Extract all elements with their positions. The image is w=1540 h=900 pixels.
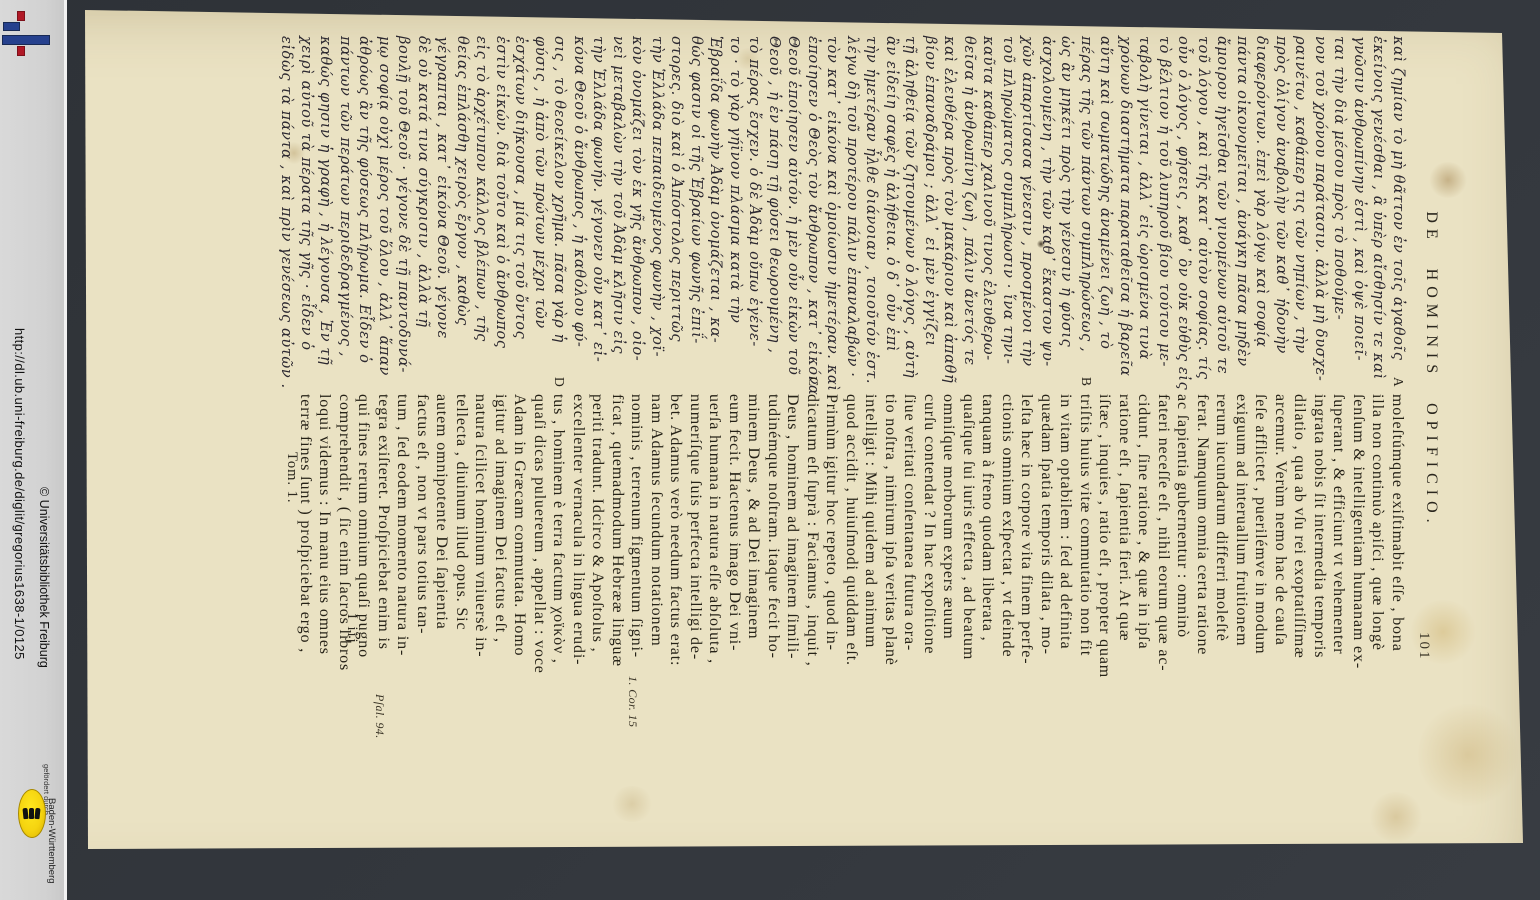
- greek-line: τοῦ πληρώματος συμπλήρωσιν · ἵνα τηνι-: [998, 36, 1018, 390]
- greek-line: πρὸς ὀλίγον ἀναβολὴν τῶν καθ᾽ ἡδονὴν: [1271, 36, 1291, 390]
- greek-line: Θεοῦ , ἡ ἐν πάσῃ τῇ φύσει θεωρουμένη ,: [764, 36, 784, 390]
- greek-line: γέγραπται , κατ᾽ εἰκόνα Θεοῦ. γέγονε: [432, 36, 452, 390]
- latin-line: quaſique ſui iuris effecta , ad beatum: [959, 394, 979, 750]
- latin-line: ingrata nobis ſit intermedia temporis: [1310, 394, 1330, 750]
- latin-line: tanquam à freno quodam liberata ,: [978, 394, 998, 750]
- greek-line: καὶ ἐλευθέρα πρὸς τὸν μακάριον καὶ ἀπαθῆ: [939, 36, 959, 390]
- latin-line: eum fecit. Hactenus imago Dei vni-: [725, 394, 745, 750]
- latin-line: rerum iucundarum differri moleſtè: [1212, 394, 1232, 750]
- signature-mark: I iij: [343, 614, 360, 645]
- latin-line: tio noſtra , nimirum ipſa veritas planè: [881, 394, 901, 750]
- latin-line: Deus , hominem ad imaginem ſimili-: [783, 394, 803, 750]
- latin-line: dicatum eſt ſuprà : Faciamus , inquit ,: [803, 394, 823, 750]
- latin-line: periti tradunt. Idcirco & Apoſtolus ,: [588, 394, 608, 750]
- latin-line: arcemur. Verùm nemo hac de cauſa: [1271, 394, 1291, 750]
- greek-line: πέρας τῆς τῶν πάντων συμπληρώσεως ,: [1076, 36, 1096, 390]
- greek-line: ταβολὴ γίνεται , ἀλλ᾽ εἰς ὡρισμένα τινὰ: [1134, 36, 1154, 390]
- latin-line: factus eſt , non vt pars totius tan-: [413, 394, 433, 750]
- greek-line: καῦτα καθάπερ χαλινοῦ τινος ἐλευθερω-: [978, 36, 998, 390]
- greek-line: το · τὸ γὰρ γήϊνον πλάσμα κατὰ τὴν: [725, 36, 745, 390]
- latin-line: tudinémque noſtram. itaque fecit ho-: [764, 394, 784, 750]
- latin-line: terræ fines ſunt ) proſpiciebat ergo ,: [296, 394, 316, 750]
- latin-line: quaſi dicas puluereum , appellat : voce: [530, 394, 550, 750]
- latin-line: ratione eſt , ſapientia fieri. At quæ: [1115, 394, 1135, 750]
- margin-note: Pſal. 94.: [372, 694, 387, 739]
- sidebar-divider: [64, 0, 67, 900]
- latin-line: uerſa humana in natura eſſe abſoluta ,: [705, 394, 725, 750]
- latin-line: loqui videmus : In manu eius omnes: [315, 394, 335, 750]
- greek-line: τὴν Ἑλλάδα πεπαιδευμένος φωνὴν , χοϊ-: [647, 36, 667, 390]
- greek-line: πάντα οἰκονομεῖται , ἀνάγκη πᾶσα μηδὲν: [1232, 36, 1252, 390]
- greek-line: φύσις , ἡ ἀπὸ τῶν πρώτων μέχρι τῶν: [530, 36, 550, 390]
- greek-line: τὴν ἡμετέραν ἦλθε διάνοιαν , τοιοῦτόν ἐσ…: [861, 36, 881, 390]
- greek-line: εἰς τὸ ἀρχέτυπον κάλλος βλέπων , τῆς: [471, 36, 491, 390]
- greek-line: ἐσχάτων διήκουσα , μία τις τοῦ ὄντος: [510, 36, 530, 390]
- section-letter-D: D: [552, 377, 568, 393]
- paper-stain: [1368, 792, 1424, 842]
- latin-text-column: moleſtúmque exiſtimabit eſſe , bonailla …: [296, 394, 1408, 750]
- greek-line: ὡς ἂν μηκέτι πρὸς τὴν γένεσιν ἡ φύσις: [1056, 36, 1076, 390]
- greek-line: ἀσχολουμένη , τὴν τῶν καθ᾽ ἕκαστον ψυ-: [1037, 36, 1057, 390]
- latin-line: tum , ſed eodem momento natura in-: [393, 394, 413, 750]
- paper-stain: [610, 786, 654, 822]
- latin-line: ferat. Namquum omnia certa ratione: [1193, 394, 1213, 750]
- latin-line: in vitam optabilem : ſed ad definita: [1056, 394, 1076, 750]
- greek-line: νεὶ μεταβαλὼν τὴν τοῦ Ἀδὰμ κλῆσιν εἰς: [608, 36, 628, 390]
- latin-line: exiguum ad interuallum fruitionem: [1232, 394, 1252, 750]
- greek-line: ἂν εἰδείη σαφὲς ἡ ἀλήθεια. ὁ δ᾽ οὖν ἐπὶ: [881, 36, 901, 390]
- greek-line: θώς φασιν οἱ τῆς Ἑβραίων φωνῆς ἐπιΐ-: [686, 36, 706, 390]
- greek-line: Θεοῦ ἐποίησεν αὐτόν. ἡ μὲν οὖν εἰκὼν τοῦ: [783, 36, 803, 390]
- greek-line: στορες. διὸ καὶ ὁ Ἀπόστολος περιττῶς: [666, 36, 686, 390]
- latin-line: moleſtúmque exiſtimabit eſſe , bona: [1388, 394, 1408, 750]
- latin-line: leſta hæc in corpore vita finem perfe-: [1017, 394, 1037, 750]
- greek-line: ἐκείνοις γενέσθαι , ἃ ὑπὲρ αἴσθησίν τε κ…: [1368, 36, 1388, 390]
- greek-line: βίον ἐπαναδράμοι ; ἀλλ᾽ εἰ μὲν ἐγγίζει: [920, 36, 940, 390]
- greek-line: καὶ ζημίαν τὸ μὴ θᾶττον ἐν τοῖς ἀγαθοῖς: [1388, 36, 1408, 390]
- greek-line: βουλῇ τοῦ Θεοῦ · γέγονε δὲ τῇ παντοδυνά-: [393, 36, 413, 390]
- lion-icon: [22, 808, 28, 819]
- latin-line: dilatio , qua ab vſu rei exoptatiſſimæ: [1290, 394, 1310, 750]
- copyright-notice: © Universitätsbibliothek Freiburg: [37, 487, 51, 668]
- greek-line: διαφερόντων. ἐπεὶ γὰρ λόγῳ καὶ σοφίᾳ: [1251, 36, 1271, 390]
- greek-line: χρόνων διαστήματα παραταθεῖσα ἡ βαρεῖα: [1115, 36, 1135, 390]
- latin-line: comprehendit , ( ſic enim ſacros libros: [335, 394, 355, 750]
- greek-line: ἀθρόως ἂν τῆς φύσεως πλήρωμα. Εἶδεν ὁ: [354, 36, 374, 390]
- greek-line: Ἑβραΐδα φωνὴν Ἀδὰμ ὀνομάζεται , κα-: [705, 36, 725, 390]
- latin-line: natura ſcilicet hominum vniuersè in-: [471, 394, 491, 750]
- source-url: http://dl.ub.uni-freiburg.de/diglit/greg…: [12, 328, 27, 660]
- logo-blue-bar-long: [2, 35, 50, 45]
- latin-line: quod accidit , huiuſmodi quiddam eſt.: [842, 394, 862, 750]
- greek-line: τὸν κατ᾽ εἰκόνα καὶ ὁμοίωσιν ἡμετέραν. κ…: [822, 36, 842, 390]
- latin-line: omniſque morborum expers æuum: [939, 394, 959, 750]
- greek-line: μῳ σοφίᾳ οὐχὶ μέρος τοῦ ὅλου , ἀλλ᾽ ἅπαν: [374, 36, 394, 390]
- greek-line: τῇ ἀληθείᾳ τῶν ζητουμένων ὁ λόγος , αὐτὴ: [900, 36, 920, 390]
- greek-line: κὸν ὀνομάζει τὸν ἐκ γῆς ἄνθρωπον , οἱο-: [627, 36, 647, 390]
- section-letter-C: C: [805, 377, 821, 393]
- greek-line: τοῦ λόγου , καὶ τῆς κατ᾽ αὐτὸν σοφίας. τ…: [1193, 36, 1213, 390]
- section-letter-A: A: [1390, 377, 1406, 393]
- latin-line: fateri neceſſe eſt , nihil eorum quæ ac-: [1154, 394, 1174, 750]
- latin-line: ſuperant , & efficiunt vt vehementer: [1329, 394, 1349, 750]
- greek-line: τὸ βέλτιον ἡ τοῦ λυπηροῦ βίου τούτου με-: [1154, 36, 1174, 390]
- latin-line: triſtis huius vitæ commutatio non fit: [1076, 394, 1096, 750]
- latin-line: Primùm igitur hoc repeto , quod in-: [822, 394, 842, 750]
- latin-line: ſiue veritati conſentanea futura ora-: [900, 394, 920, 750]
- greek-line: καθώς φησιν ἡ γραφὴ , ἡ λέγουσα , Ἐν τῇ: [315, 36, 335, 390]
- latin-line: igitur ad imaginem Dei factus eſt ,: [491, 394, 511, 750]
- greek-line: δὲ οὐ κατά τινα σύγκρισιν , ἀλλὰ τῇ: [413, 36, 433, 390]
- latin-line: numeríſque ſuis perfecta intelligi de-: [686, 394, 706, 750]
- latin-line: excellenter vernacula in lingua erudi-: [569, 394, 589, 750]
- baden-wuerttemberg-emblem: [18, 789, 46, 838]
- lion-icon: [34, 808, 40, 819]
- greek-line: ται τὴν διὰ μέσου πρὸς τὸ ποθούμε-: [1329, 36, 1349, 390]
- greek-text-column: καὶ ζημίαν τὸ μὴ θᾶττον ἐν τοῖς ἀγαθοῖςἐ…: [276, 36, 1407, 390]
- latin-line: ac ſapientia gubernentur : omninò: [1173, 394, 1193, 750]
- latin-line: intelligit : Mihi quidem ad animum: [861, 394, 881, 750]
- greek-line: αὕτη καὶ σωματώδης ἀναμένει ζωὴ , τὸ: [1095, 36, 1115, 390]
- greek-line: ἄμοιρον ἡγεῖσθαι τῶν γινομένων αὐτοῦ τε: [1212, 36, 1232, 390]
- latin-line: quædam ſpatia temporis dilata , mo-: [1037, 394, 1057, 750]
- greek-line: ραινέτω , καθάπερ τις τῶν νηπίων , τὴν: [1290, 36, 1310, 390]
- greek-line: ἐποίησεν ὁ Θεὸς τὸν ἄνθρωπον , κατ᾽ εἰκό…: [803, 36, 823, 390]
- latin-line: nam Adamus ſecundum notationem: [647, 394, 667, 750]
- greek-line: λέγω δὴ τοῦ προτέρου πάλιν ἐπαναλαβών ·: [842, 36, 862, 390]
- greek-line: τὸ πέρας ἔσχεν. ὁ δὲ Ἀδὰμ οὔπω ἐγένε-: [744, 36, 764, 390]
- greek-line: χῶν ἀπαρτίσασα γένεσιν , προσμένοι τὴν: [1017, 36, 1037, 390]
- screenshot-root: DE HOMINIS OPIFICIO. 101 καὶ ζημίαν τὸ μ…: [0, 0, 1540, 900]
- greek-line: γνῶσιν ἀνθρωπίνην ἐστὶ , καὶ ὀψὲ ποιεῖ-: [1349, 36, 1369, 390]
- funder-name: Baden-Württemberg: [46, 798, 57, 884]
- latin-line: ficat , quemadmodum Hebrææ linguæ: [608, 394, 628, 750]
- latin-line: ctionis omnium exſpectat , vt deinde: [998, 394, 1018, 750]
- ub-freiburg-logo: [0, 0, 64, 62]
- latin-line: bet. Adamus verò needum factus erat:: [666, 394, 686, 750]
- latin-line: cidunt , ſine ratione , & quæ in ipſa: [1134, 394, 1154, 750]
- greek-line: χειρὶ αὐτοῦ τὰ πέρατα τῆς γῆς · εἶδεν ὁ: [296, 36, 316, 390]
- latin-line: tus , hominem è terra factum χοϊκὸν ,: [549, 394, 569, 750]
- library-sidebar: http://dl.ub.uni-freiburg.de/diglit/greg…: [0, 0, 64, 900]
- greek-line: τὴν Ἑλλάδα φωνήν. γέγονεν οὖν κατ᾽ εἰ-: [588, 36, 608, 390]
- latin-line: Adam in Græcam commutata. Homo: [510, 394, 530, 750]
- greek-line: σις , τὸ θεοείκελον χρῆμα. πᾶσα γὰρ ἡ: [549, 36, 569, 390]
- section-letter-B: B: [1078, 377, 1094, 393]
- latin-line: curſu contendat ? In hac expoſitione: [920, 394, 940, 750]
- greek-line: θείας ἐπλάσθη χειρὸς ἔργον , καθὼς: [452, 36, 472, 390]
- latin-line: qui fines rerum omnium quaſi pugno: [354, 394, 374, 750]
- greek-line: θεῖσα ἡ ἀνθρωπίνη ζωὴ , πάλιν ἄνετός τε: [959, 36, 979, 390]
- page-content-rotated: DE HOMINIS OPIFICIO. 101 καὶ ζημίαν τὸ μ…: [0, 0, 1460, 780]
- lion-icon: [29, 808, 34, 819]
- greek-line: νον τοῦ χρόνου παράτασιν. ἀλλὰ μὴ δυσχε-: [1310, 36, 1330, 390]
- greek-line: ἐστὶν εἰκών. διὰ τοῦτο καὶ ὁ ἄνθρωπος: [491, 36, 511, 390]
- latin-line: autem omnipotente Dei ſapientia: [432, 394, 452, 750]
- latin-line: tellecta , diuinum illud opus. Sic: [452, 394, 472, 750]
- running-header: DE HOMINIS OPIFICIO.: [1422, 170, 1440, 570]
- greek-line: εἰδὼς τὰ πάντα , καὶ πρὶν γενέσεως αὐτῶν…: [276, 36, 296, 390]
- logo-red-square-top: [17, 11, 25, 21]
- latin-line: minem Deus , & ad Dei imaginem: [744, 394, 764, 750]
- greek-line: οὖν ὁ λόγος , φήσεις , καθ᾽ ὃν οὐκ εὐθὺς…: [1173, 36, 1193, 390]
- latin-line: illa non continuò apiſci , quæ longè: [1368, 394, 1388, 750]
- page-number: 101: [1415, 632, 1432, 661]
- volume-mark: Tom. 1.: [283, 452, 300, 504]
- logo-red-square-bottom: [17, 46, 25, 56]
- latin-line: ſeſe afflictet , puerilémve in modum: [1251, 394, 1271, 750]
- greek-line: πάντων τῶν περάτων περιδεδραγμένος ,: [335, 36, 355, 390]
- greek-line: κόνα Θεοῦ ὁ ἄνθρωπος , ἡ καθόλου φύ-: [569, 36, 589, 390]
- logo-blue-bar-short: [3, 22, 20, 31]
- margin-note: 1. Cor. 15: [626, 676, 641, 727]
- latin-line: ſenſum & intelligentiam humanam ex-: [1349, 394, 1369, 750]
- latin-line: iſtæc , inquies , ratio eſt , propter qu…: [1095, 394, 1115, 750]
